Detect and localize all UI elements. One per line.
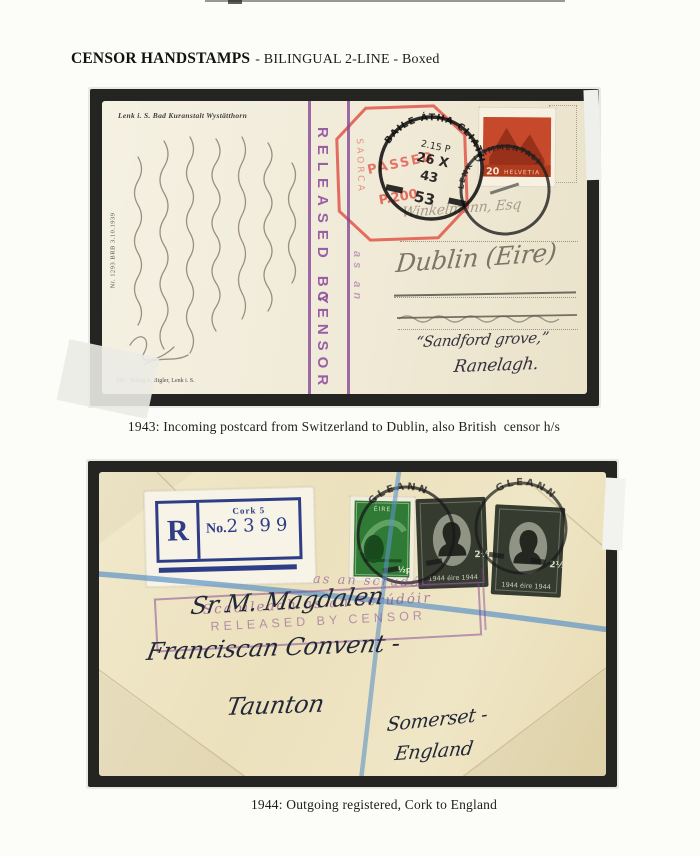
crossed-out-address-line — [395, 305, 581, 331]
dublin-postmark: BAILE ÁTHA CLIATH 2.15 P 26 X 43 53 — [370, 107, 492, 229]
scan-artifact-top-blob — [228, 0, 242, 4]
irish-censor-rail-left — [308, 101, 311, 394]
postcard: Lenk i. S. Bad Kuranstalt Wystätthorn Nr… — [102, 101, 587, 394]
address-dotted-line-2 — [394, 297, 576, 298]
dublin-postmark-code: 53 — [412, 187, 436, 209]
envelope-address-line3: Taunton — [225, 690, 327, 722]
dublin-postmark-year: 43 — [419, 168, 440, 186]
irish-censor-irish-fragment: as an — [351, 251, 363, 304]
address-city-underline — [394, 291, 576, 296]
scan-artifact-top-line — [205, 0, 565, 2]
envelope-caption: 1944: Outgoing registered, Cork to Engla… — [48, 797, 700, 813]
red-irish-fragment: SAORCA — [354, 138, 366, 194]
irish-censor-rail-right — [347, 101, 350, 394]
postcard-photo: Lenk i. S. Bad Kuranstalt Wystätthorn Nr… — [88, 87, 601, 408]
irish-censor-english-bottom: CENSOR — [314, 291, 331, 391]
postcard-caption: 1943: Incoming postcard from Switzerland… — [0, 419, 688, 435]
page-title-rest: - BILINGUAL 2-LINE - Boxed — [255, 52, 439, 67]
dublin-postmark-circle — [371, 108, 492, 229]
message-handwriting-squiggles — [124, 127, 314, 379]
scan-artifact-sliver-right — [583, 90, 601, 180]
envelope-photo: R Cork 5 No.2399 ÉIRE ½p — [86, 459, 619, 789]
dublin-postmark-bar-right — [448, 197, 466, 206]
envelope-mount: R Cork 5 No.2399 ÉIRE ½p — [88, 461, 617, 787]
page-title-emphasis: CENSOR HANDSTAMPS — [71, 50, 250, 67]
envelope: R Cork 5 No.2399 ÉIRE ½p — [99, 472, 606, 776]
postcard-header: Lenk i. S. Bad Kuranstalt Wystätthorn — [118, 111, 247, 120]
postcard-side-imprint: Nr. 1293 BRB 3.10.1939 — [110, 181, 117, 321]
scan-artifact-sliver-envelope — [602, 478, 626, 551]
postcard-mount: Lenk i. S. Bad Kuranstalt Wystätthorn Nr… — [90, 89, 599, 406]
dublin-postmark-bar-left — [385, 184, 403, 193]
irish-censor-english-top: RELEASED BY — [314, 127, 331, 311]
address-street: “Sandford grove,” — [415, 328, 550, 351]
page-title: CENSOR HANDSTAMPS- BILINGUAL 2-LINE - Bo… — [71, 50, 440, 68]
address-district: Ranelagh. — [453, 354, 540, 377]
